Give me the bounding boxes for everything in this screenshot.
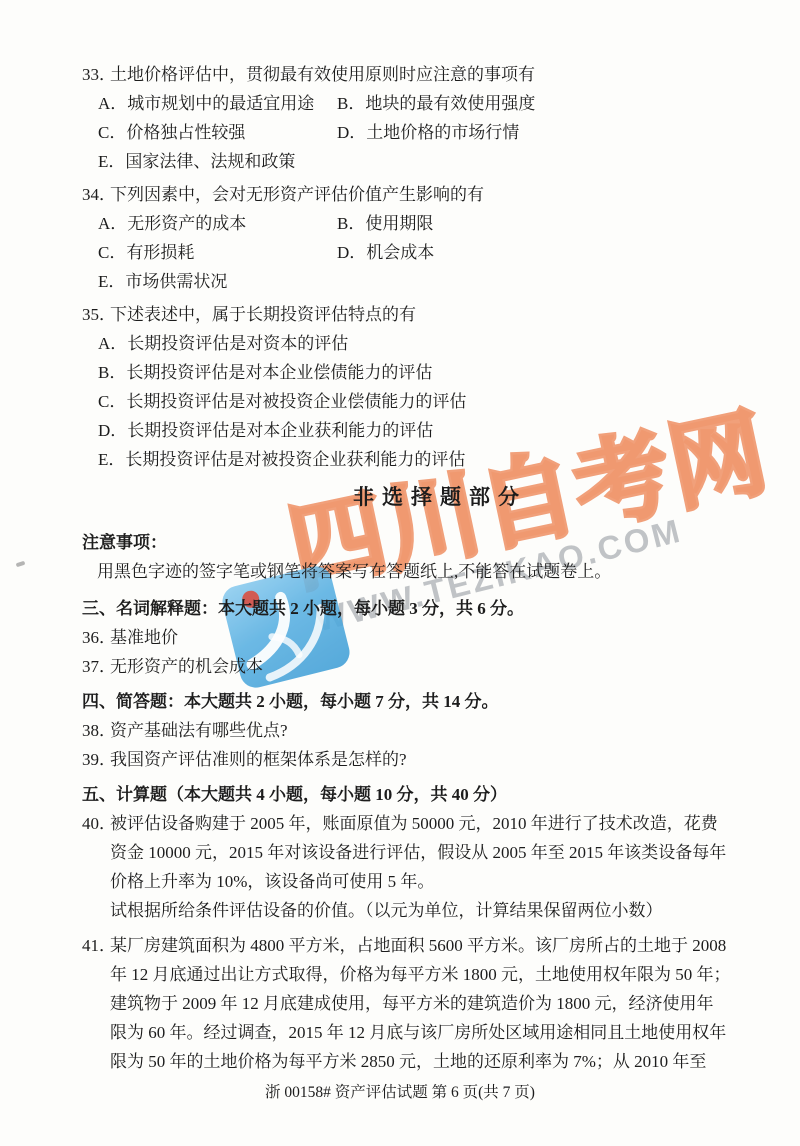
- option-a: A．无形资产的成本: [98, 209, 337, 238]
- option-c: C．有形损耗: [98, 238, 337, 267]
- question-line: 限为 60 年。经过调查，2015 年 12 月底与该厂房所处区域用途相同且土地…: [110, 1018, 750, 1047]
- question-number: 40．: [82, 809, 110, 834]
- question-34: 34．下列因素中，会对无形资产评估价值产生影响的有 A．无形资产的成本 B．使用…: [82, 180, 750, 296]
- option-a: A．长期投资评估是对资本的评估: [98, 329, 750, 358]
- option-b: B．地块的最有效使用强度: [337, 89, 750, 118]
- question-text: 无形资产的机会成本: [110, 657, 263, 676]
- option-d: D．土地价格的市场行情: [337, 118, 750, 147]
- question-line: 限为 50 年的土地价格为每平方米 2850 元，土地的还原利率为 7%；从 2…: [110, 1047, 750, 1076]
- question-line: 被评估设备购建于 2005 年，账面原值为 50000 元，2010 年进行了技…: [110, 809, 750, 838]
- question-text: 下述表述中，属于长期投资评估特点的有: [110, 305, 416, 324]
- options: A．长期投资评估是对资本的评估 B．长期投资评估是对本企业偿债能力的评估 C．长…: [98, 329, 750, 474]
- option-d: D．长期投资评估是对本企业获利能力的评估: [98, 416, 750, 445]
- question-38: 38．资产基础法有哪些优点?: [82, 716, 750, 745]
- question-line: 价格上升率为 10%，该设备尚可使用 5 年。: [110, 867, 750, 896]
- question-41: 41． 某厂房建筑面积为 4800 平方米，占地面积 5600 平方米。该厂房所…: [82, 931, 750, 1076]
- notice-heading: 注意事项：: [82, 528, 750, 557]
- question-35: 35．下述表述中，属于长期投资评估特点的有 A．长期投资评估是对资本的评估 B．…: [82, 300, 750, 474]
- question-number: 36．: [82, 623, 110, 652]
- option-d: D．机会成本: [337, 238, 750, 267]
- question-number: 33．: [82, 60, 110, 89]
- exam-page: 四川自考网 WWW.TEZIKAO.COM 33．土地价格评估中，贯彻最有效使用…: [0, 0, 800, 1146]
- option-e: E．长期投资评估是对被投资企业获利能力的评估: [98, 445, 750, 474]
- question-37: 37．无形资产的机会成本: [82, 652, 750, 681]
- question-number: 38．: [82, 716, 110, 745]
- page-footer: 浙 00158# 资产评估试题 第 6 页(共 7 页): [0, 1080, 800, 1102]
- question-number: 34．: [82, 180, 110, 209]
- question-line: 试根据所给条件评估设备的价值。（以元为单位，计算结果保留两位小数）: [110, 896, 750, 925]
- question-text: 下列因素中，会对无形资产评估价值产生影响的有: [110, 185, 484, 204]
- option-b: B．长期投资评估是对本企业偿债能力的评估: [98, 358, 750, 387]
- options: A．无形资产的成本 B．使用期限 C．有形损耗 D．机会成本 E．市场供需状况: [98, 209, 750, 296]
- question-line: 年 12 月底通过出让方式取得，价格为每平方米 1800 元，土地使用权年限为 …: [110, 960, 750, 989]
- question-text: 我国资产评估准则的框架体系是怎样的?: [110, 750, 407, 769]
- question-text: 资产基础法有哪些优点?: [110, 721, 288, 740]
- question-33: 33．土地价格评估中，贯彻最有效使用原则时应注意的事项有 A．城市规划中的最适宜…: [82, 60, 750, 176]
- question-line: 建筑物于 2009 年 12 月底建成使用，每平方米的建筑造价为 1800 元，…: [110, 989, 750, 1018]
- question-number: 35．: [82, 300, 110, 329]
- option-e: E．国家法律、法规和政策: [98, 147, 750, 176]
- question-line: 资金 10000 元，2015 年对该设备进行评估，假设从 2005 年至 20…: [110, 838, 750, 867]
- option-b: B．使用期限: [337, 209, 750, 238]
- question-number: 39．: [82, 745, 110, 774]
- section-title: 非选择题部分: [106, 482, 774, 512]
- question-39: 39．我国资产评估准则的框架体系是怎样的?: [82, 745, 750, 774]
- question-text: 土地价格评估中，贯彻最有效使用原则时应注意的事项有: [110, 65, 535, 84]
- question-text: 基准地价: [110, 628, 178, 647]
- section-4-heading: 四、简答题：本大题共 2 小题，每小题 7 分，共 14 分。: [82, 687, 750, 716]
- option-c: C．价格独占性较强: [98, 118, 337, 147]
- option-a: A．城市规划中的最适宜用途: [98, 89, 337, 118]
- option-c: C．长期投资评估是对被投资企业偿债能力的评估: [98, 387, 750, 416]
- section-5-heading: 五、计算题（本大题共 4 小题，每小题 10 分，共 40 分）: [82, 780, 750, 809]
- option-e: E．市场供需状况: [98, 267, 750, 296]
- question-stem: 33．土地价格评估中，贯彻最有效使用原则时应注意的事项有: [82, 60, 750, 89]
- section-3-heading: 三、名词解释题：本大题共 2 小题，每小题 3 分，共 6 分。: [82, 594, 750, 623]
- notice-body: 用黑色字迹的签字笔或钢笔将答案写在答题纸上,不能答在试题卷上。: [82, 557, 750, 586]
- question-number: 37．: [82, 652, 110, 681]
- exam-content: 33．土地价格评估中，贯彻最有效使用原则时应注意的事项有 A．城市规划中的最适宜…: [0, 0, 800, 1076]
- question-stem: 34．下列因素中，会对无形资产评估价值产生影响的有: [82, 180, 750, 209]
- question-stem: 35．下述表述中，属于长期投资评估特点的有: [82, 300, 750, 329]
- question-line: 某厂房建筑面积为 4800 平方米，占地面积 5600 平方米。该厂房所占的土地…: [110, 931, 750, 960]
- question-36: 36．基准地价: [82, 623, 750, 652]
- options: A．城市规划中的最适宜用途 B．地块的最有效使用强度 C．价格独占性较强 D．土…: [98, 89, 750, 176]
- question-40: 40． 被评估设备购建于 2005 年，账面原值为 50000 元，2010 年…: [82, 809, 750, 925]
- question-number: 41．: [82, 931, 110, 956]
